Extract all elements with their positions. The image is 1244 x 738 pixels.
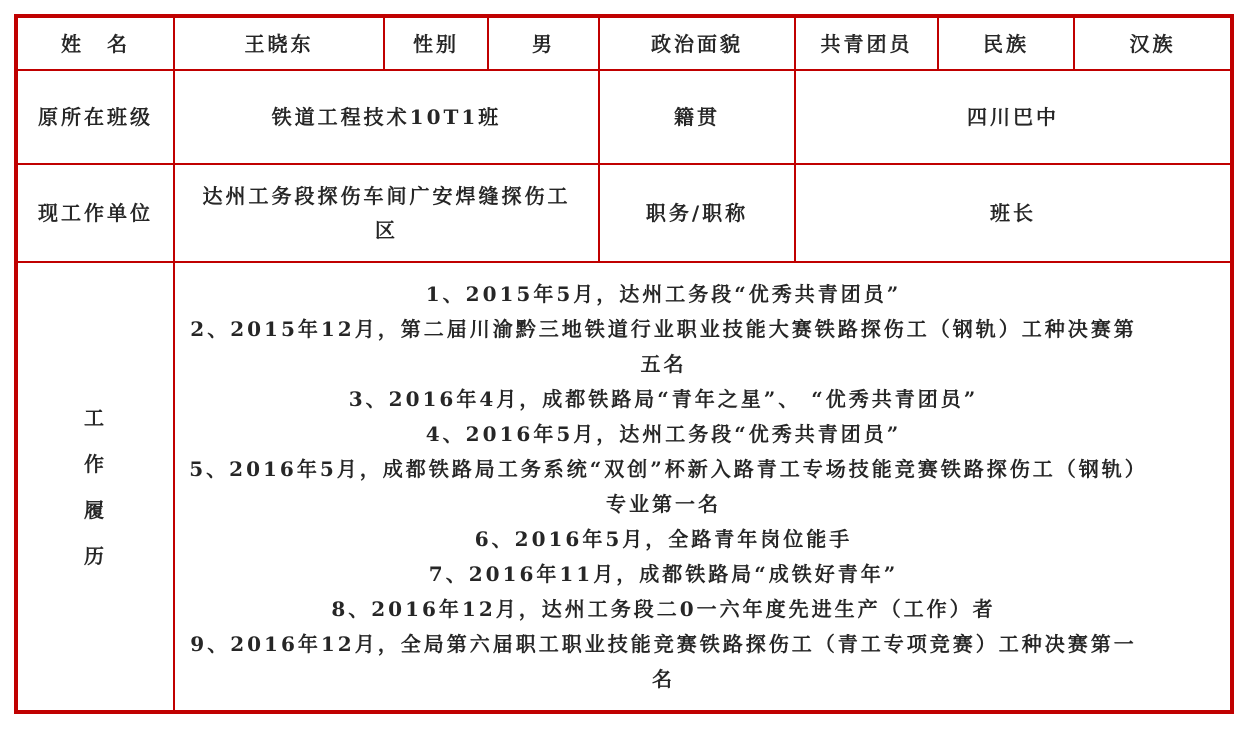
row-basic-info: 姓 名 王晓东 性别 男 政治面貌 共青团员 民族 汉族 xyxy=(16,16,1232,70)
gender-label-cell: 性别 xyxy=(384,16,488,70)
work-history-item: 1、2015年5月，达州工务段“优秀共青团员” xyxy=(187,277,1140,312)
work-history-item: 2、2015年12月，第二届川渝黔三地铁道行业职业技能大赛铁路探伤工（钢轨）工种… xyxy=(187,312,1140,382)
work-history-vertical-label: 工 作 履 历 xyxy=(19,408,172,566)
work-history-label-cell: 工 作 履 历 xyxy=(16,262,174,712)
ethnicity-value-cell: 汉族 xyxy=(1074,16,1232,70)
work-history-label-char: 履 xyxy=(84,500,107,520)
work-history-item: 5、2016年5月，成都铁路局工务系统“双创”杯新入路青工专场技能竞赛铁路探伤工… xyxy=(187,452,1140,522)
job-title-value-cell: 班长 xyxy=(795,164,1232,262)
work-history-label-char: 作 xyxy=(84,454,107,474)
work-history-item: 4、2016年5月，达州工务段“优秀共青团员” xyxy=(187,417,1140,452)
original-class-value-cell: 铁道工程技术10T1班 xyxy=(174,70,599,164)
work-history-content-cell: 1、2015年5月，达州工务段“优秀共青团员” 2、2015年12月，第二届川渝… xyxy=(174,262,1232,712)
row-work-history: 工 作 履 历 1、2015年5月，达州工务段“优秀共青团员” 2、2015年1… xyxy=(16,262,1232,712)
work-unit-label-cell: 现工作单位 xyxy=(16,164,174,262)
personnel-form-sheet: 姓 名 王晓东 性别 男 政治面貌 共青团员 民族 汉族 原所在班级 铁道工程技… xyxy=(14,14,1234,714)
work-history-item: 9、2016年12月，全局第六届职工职业技能竞赛铁路探伤工（青工专项竞赛）工种决… xyxy=(187,627,1140,697)
name-value-cell: 王晓东 xyxy=(174,16,384,70)
work-history-item: 6、2016年5月，全路青年岗位能手 xyxy=(187,522,1140,557)
job-title-label-cell: 职务/职称 xyxy=(599,164,795,262)
hometown-value-cell: 四川巴中 xyxy=(795,70,1232,164)
work-history-item: 8、2016年12月，达州工务段二0一六年度先进生产（工作）者 xyxy=(187,592,1140,627)
row-class-hometown: 原所在班级 铁道工程技术10T1班 籍贯 四川巴中 xyxy=(16,70,1232,164)
ethnicity-label-cell: 民族 xyxy=(938,16,1074,70)
hometown-label-cell: 籍贯 xyxy=(599,70,795,164)
row-work-unit: 现工作单位 达州工务段探伤车间广安焊缝探伤工区 职务/职称 班长 xyxy=(16,164,1232,262)
original-class-label-cell: 原所在班级 xyxy=(16,70,174,164)
work-history-label-char: 历 xyxy=(84,546,107,566)
work-history-label-char: 工 xyxy=(84,408,107,428)
political-status-value-cell: 共青团员 xyxy=(795,16,938,70)
gender-value-cell: 男 xyxy=(488,16,599,70)
work-history-item: 3、2016年4月，成都铁路局“青年之星”、 “优秀共青团员” xyxy=(187,382,1140,417)
political-status-label-cell: 政治面貌 xyxy=(599,16,795,70)
personnel-form-table: 姓 名 王晓东 性别 男 政治面貌 共青团员 民族 汉族 原所在班级 铁道工程技… xyxy=(14,14,1234,714)
work-unit-value-cell: 达州工务段探伤车间广安焊缝探伤工区 xyxy=(174,164,599,262)
work-history-item: 7、2016年11月，成都铁路局“成铁好青年” xyxy=(187,557,1140,592)
name-label-cell: 姓 名 xyxy=(16,16,174,70)
